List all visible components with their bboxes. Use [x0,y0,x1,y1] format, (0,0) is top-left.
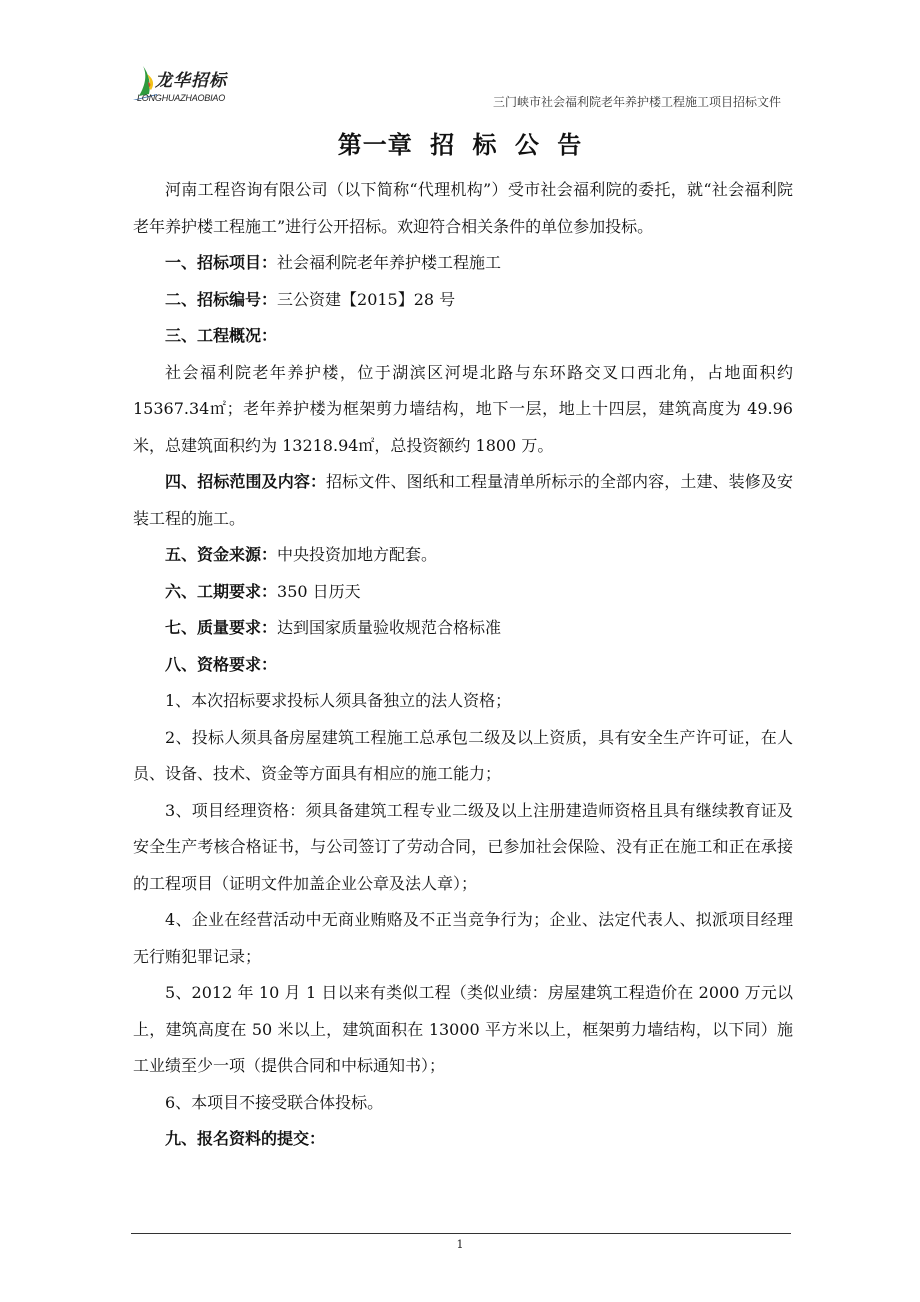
chapter-title: 第一章 招 标 公 告 [0,125,920,160]
section-8: 八、资格要求： [133,647,793,684]
section-label: 六、工期要求： [165,582,277,601]
section-label: 八、资格要求： [165,655,277,674]
section-label: 三、工程概况： [165,326,277,345]
section-9: 九、报名资料的提交： [133,1121,793,1158]
section-label: 一、招标项目： [165,253,277,272]
company-logo: 龙华招标 LONGHUAZHAOBIAO [133,62,233,106]
requirement-item: 4、企业在经营活动中无商业贿赂及不正当竞争行为；企业、法定代表人、拟派项目经理无… [133,902,793,975]
requirement-item: 2、投标人须具备房屋建筑工程施工总承包二级及以上资质，具有安全生产许可证，在人员… [133,720,793,793]
document-body: 河南工程咨询有限公司（以下简称“代理机构”）受市社会福利院的委托，就“社会福利院… [133,172,793,1158]
section-text: 社会福利院老年养护楼工程施工 [277,253,501,272]
section-label: 九、报名资料的提交： [165,1129,325,1148]
section-6: 六、工期要求：350 日历天 [133,574,793,611]
section-5: 五、资金来源：中央投资加地方配套。 [133,537,793,574]
section-text: 中央投资加地方配套。 [277,545,437,564]
project-overview-paragraph: 社会福利院老年养护楼，位于湖滨区河堤北路与东环路交叉口西北角，占地面积约 153… [133,355,793,465]
running-header-title: 三门峡市社会福利院老年养护楼工程施工项目招标文件 [493,93,781,110]
section-text: 三公资建【2015】28 号 [277,290,455,309]
section-label: 二、招标编号： [165,290,277,309]
requirement-item: 6、本项目不接受联合体投标。 [133,1085,793,1122]
section-3: 三、工程概况： [133,318,793,355]
section-label: 五、资金来源： [165,545,277,564]
section-2: 二、招标编号：三公资建【2015】28 号 [133,282,793,319]
section-text: 350 日历天 [277,582,361,601]
logo-name-cn: 龙华招标 [155,66,227,91]
requirement-item: 5、2012 年 10 月 1 日以来有类似工程（类似业绩：房屋建筑工程造价在 … [133,975,793,1085]
page-number: 1 [0,1238,920,1251]
logo-name-en: LONGHUAZHAOBIAO [137,93,225,103]
section-label: 四、招标范围及内容： [165,472,326,491]
section-4: 四、招标范围及内容：招标文件、图纸和工程量清单所标示的全部内容，土建、装修及安装… [133,464,793,537]
section-text: 达到国家质量验收规范合格标准 [277,618,501,637]
section-1: 一、招标项目：社会福利院老年养护楼工程施工 [133,245,793,282]
requirement-item: 3、项目经理资格：须具备建筑工程专业二级及以上注册建造师资格且具有继续教育证及安… [133,793,793,903]
document-page: 龙华招标 LONGHUAZHAOBIAO 三门峡市社会福利院老年养护楼工程施工项… [0,0,920,1302]
section-label: 七、质量要求： [165,618,277,637]
section-7: 七、质量要求：达到国家质量验收规范合格标准 [133,610,793,647]
requirement-item: 1、本次招标要求投标人须具备独立的法人资格； [133,683,793,720]
intro-paragraph: 河南工程咨询有限公司（以下简称“代理机构”）受市社会福利院的委托，就“社会福利院… [133,172,793,245]
footer-divider [131,1233,791,1234]
